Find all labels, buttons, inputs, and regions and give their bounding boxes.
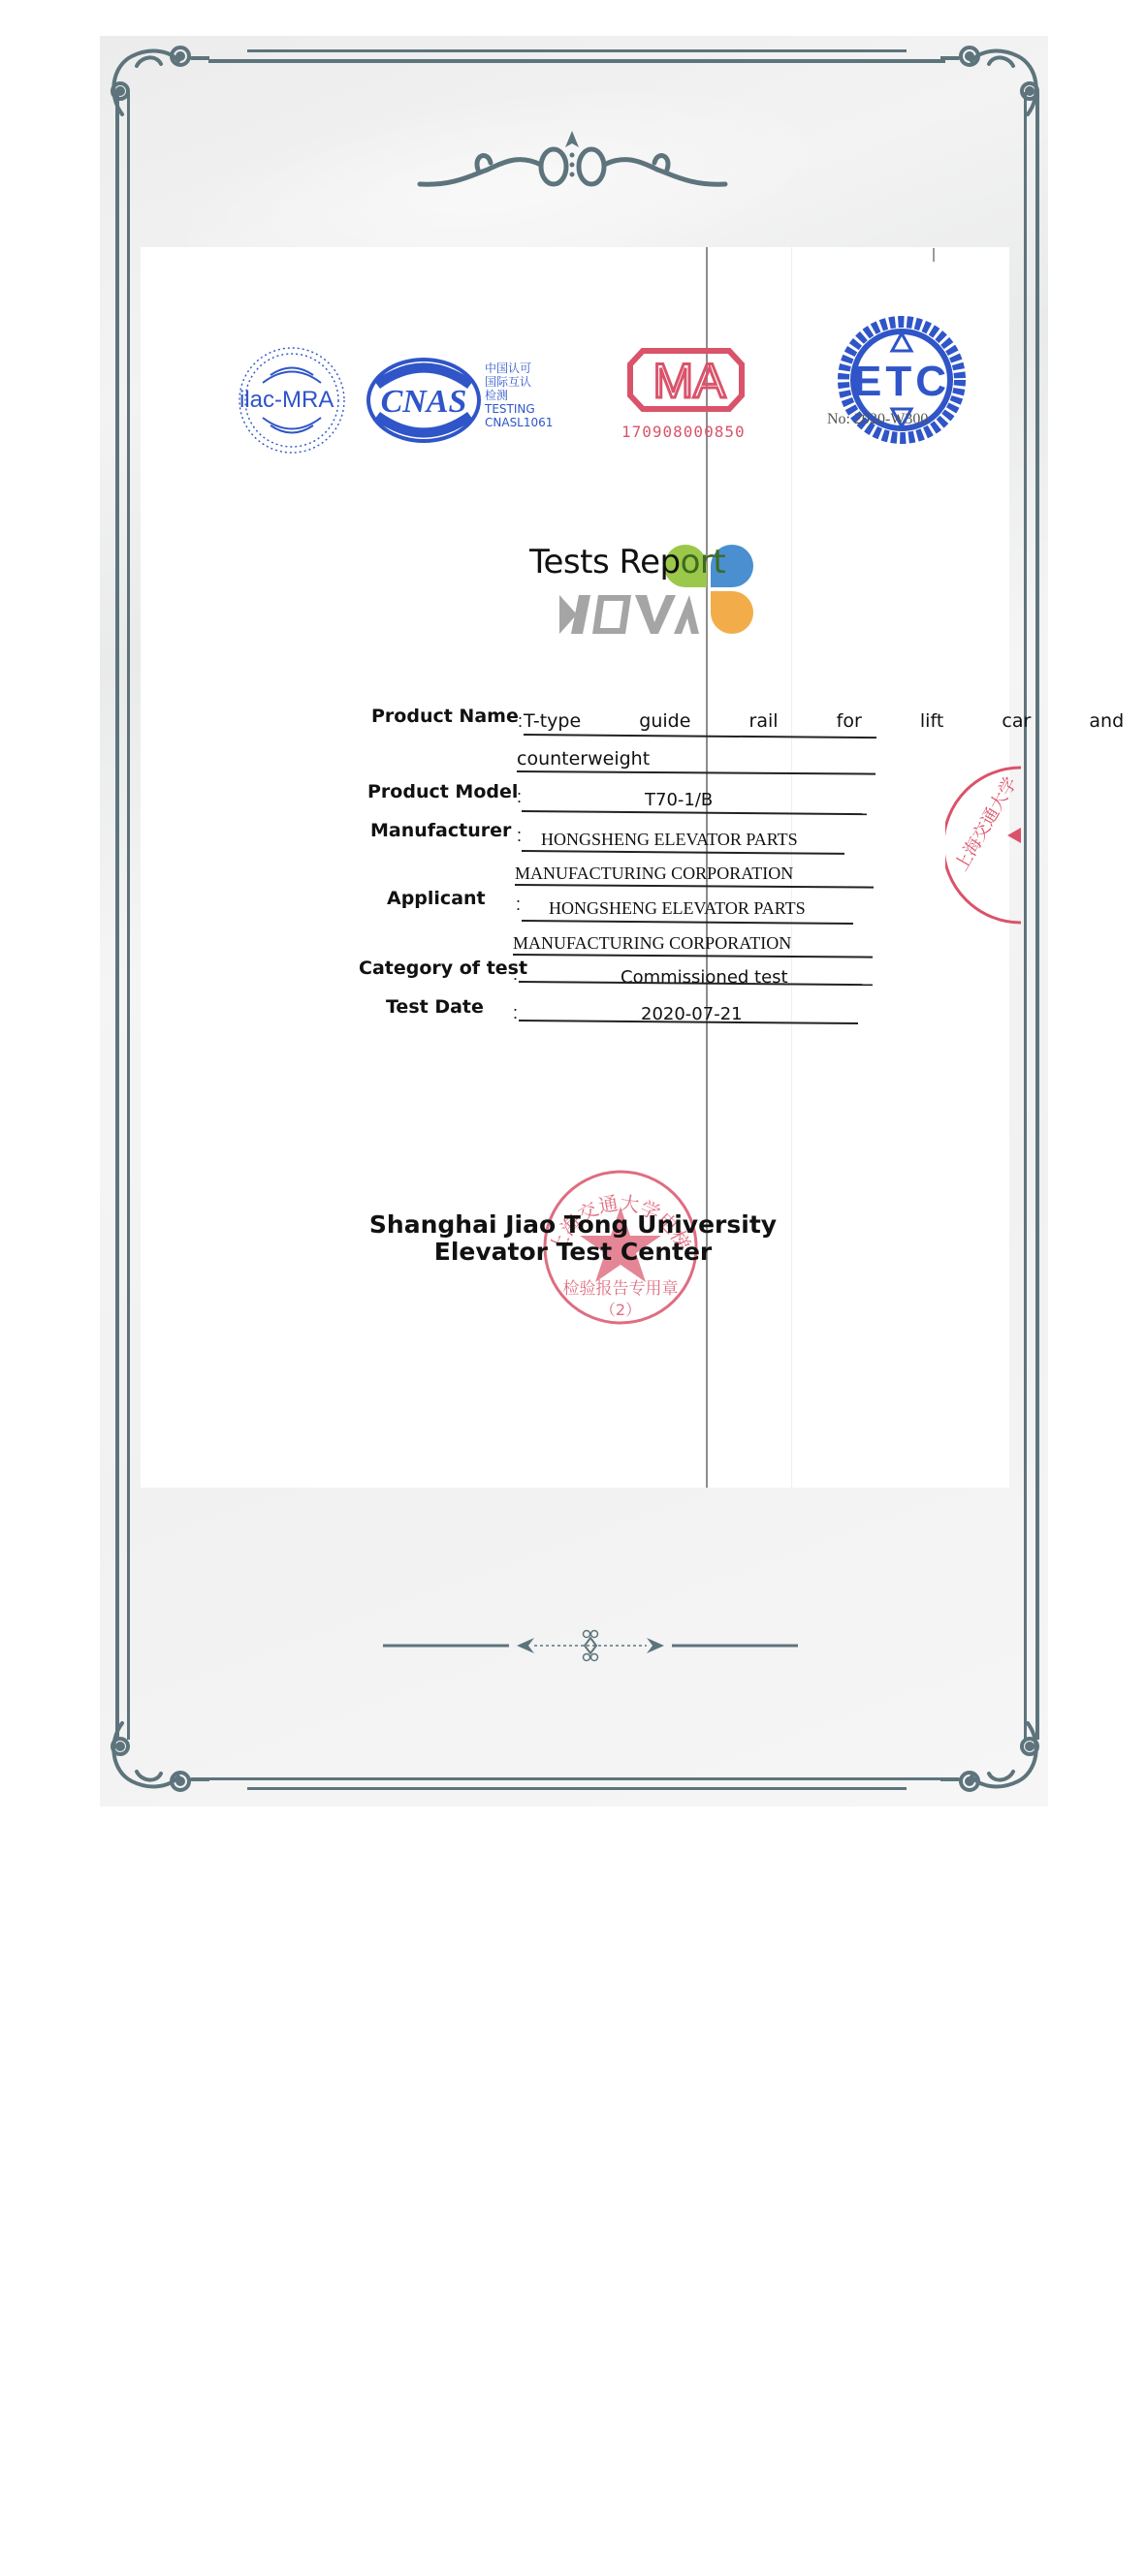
- frame-left-inner: [127, 92, 130, 1740]
- frame-bottom-inner: [208, 1777, 945, 1780]
- cnas-mark: CNAS: [381, 384, 467, 420]
- side-seal-stamp: 上海交通大学: [945, 766, 1023, 926]
- cma-mark: MA: [653, 354, 727, 408]
- frame-right-outer: [1035, 92, 1039, 1740]
- cnas-accreditation-text: 中国认可 国际互认 检测 TESTING CNASL1061: [485, 361, 553, 429]
- report-title: Tests Report: [529, 543, 725, 581]
- frame-bottom-outer: [247, 1787, 907, 1790]
- title-text: Tests Rep: [529, 543, 681, 581]
- label-applicant: Applicant: [387, 888, 486, 909]
- cma-number: 170908000850: [621, 423, 746, 441]
- issuer-name-line2: Elevator Test Center: [0, 1239, 1146, 1266]
- frame-right-inner: [1024, 92, 1027, 1740]
- label-manufacturer: Manufacturer: [370, 820, 511, 841]
- cnas-logo: CNAS: [366, 356, 482, 445]
- colon: :: [516, 895, 521, 915]
- side-seal-text: 上海交通大学: [951, 773, 1021, 874]
- cnas-line: 国际互认: [485, 375, 553, 389]
- colon: :: [517, 826, 522, 846]
- scan-mark: [933, 248, 935, 262]
- colon: :: [513, 964, 518, 985]
- corner-ornament-bottom-left: [103, 1704, 209, 1801]
- value-product-name-line2: counterweight: [517, 748, 650, 770]
- cnas-line: 中国认可: [485, 361, 553, 375]
- cma-stamp: MA: [625, 345, 747, 415]
- frame-left-outer: [115, 92, 119, 1740]
- corner-ornament-bottom-right: [940, 1704, 1047, 1801]
- label-test-date: Test Date: [386, 996, 484, 1018]
- colon: :: [517, 787, 522, 807]
- ilac-mra-logo: ilac-MRA: [238, 346, 346, 455]
- value-product-name-line1: T-type guide rail for lift car and: [524, 710, 1124, 732]
- value-manufacturer-line2: MANUFACTURING CORPORATION: [515, 864, 793, 884]
- value-product-model: T70-1/B: [645, 790, 713, 810]
- corner-ornament-top-right: [940, 37, 1047, 134]
- etc-mark: ETC: [853, 358, 950, 405]
- value-applicant-line2: MANUFACTURING CORPORATION: [513, 933, 791, 954]
- colon: :: [518, 711, 523, 732]
- frame-top-outer: [247, 49, 907, 52]
- value-applicant-line1: HONGSHENG ELEVATOR PARTS: [549, 898, 806, 919]
- nova-logo: [557, 591, 703, 638]
- ilac-logo-text: ilac-MRA: [239, 387, 334, 413]
- etc-number: No: 2020-W300: [827, 411, 928, 428]
- seal-number: （2）: [600, 1301, 641, 1319]
- cnas-line: TESTING: [485, 402, 553, 416]
- value-category-of-test: Commissioned test: [621, 967, 788, 988]
- value-manufacturer-line1: HONGSHENG ELEVATOR PARTS: [541, 830, 798, 850]
- label-category-of-test: Category of test: [359, 958, 527, 979]
- corner-ornament-top-left: [103, 37, 209, 134]
- cnas-line: 检测: [485, 389, 553, 402]
- seal-bottom-text: 检验报告专用章: [563, 1278, 679, 1299]
- issuer-name-line1: Shanghai Jiao Tong University: [0, 1211, 1146, 1239]
- bottom-divider-ornament: [381, 1628, 800, 1667]
- top-flourish-ornament: [415, 126, 730, 194]
- label-product-model: Product Model: [367, 781, 518, 802]
- colon: :: [513, 1003, 518, 1023]
- frame-top-inner: [208, 59, 945, 63]
- title-highlight: ort: [681, 543, 726, 581]
- label-product-name: Product Name: [371, 706, 519, 727]
- cnas-line: CNASL1061: [485, 416, 553, 429]
